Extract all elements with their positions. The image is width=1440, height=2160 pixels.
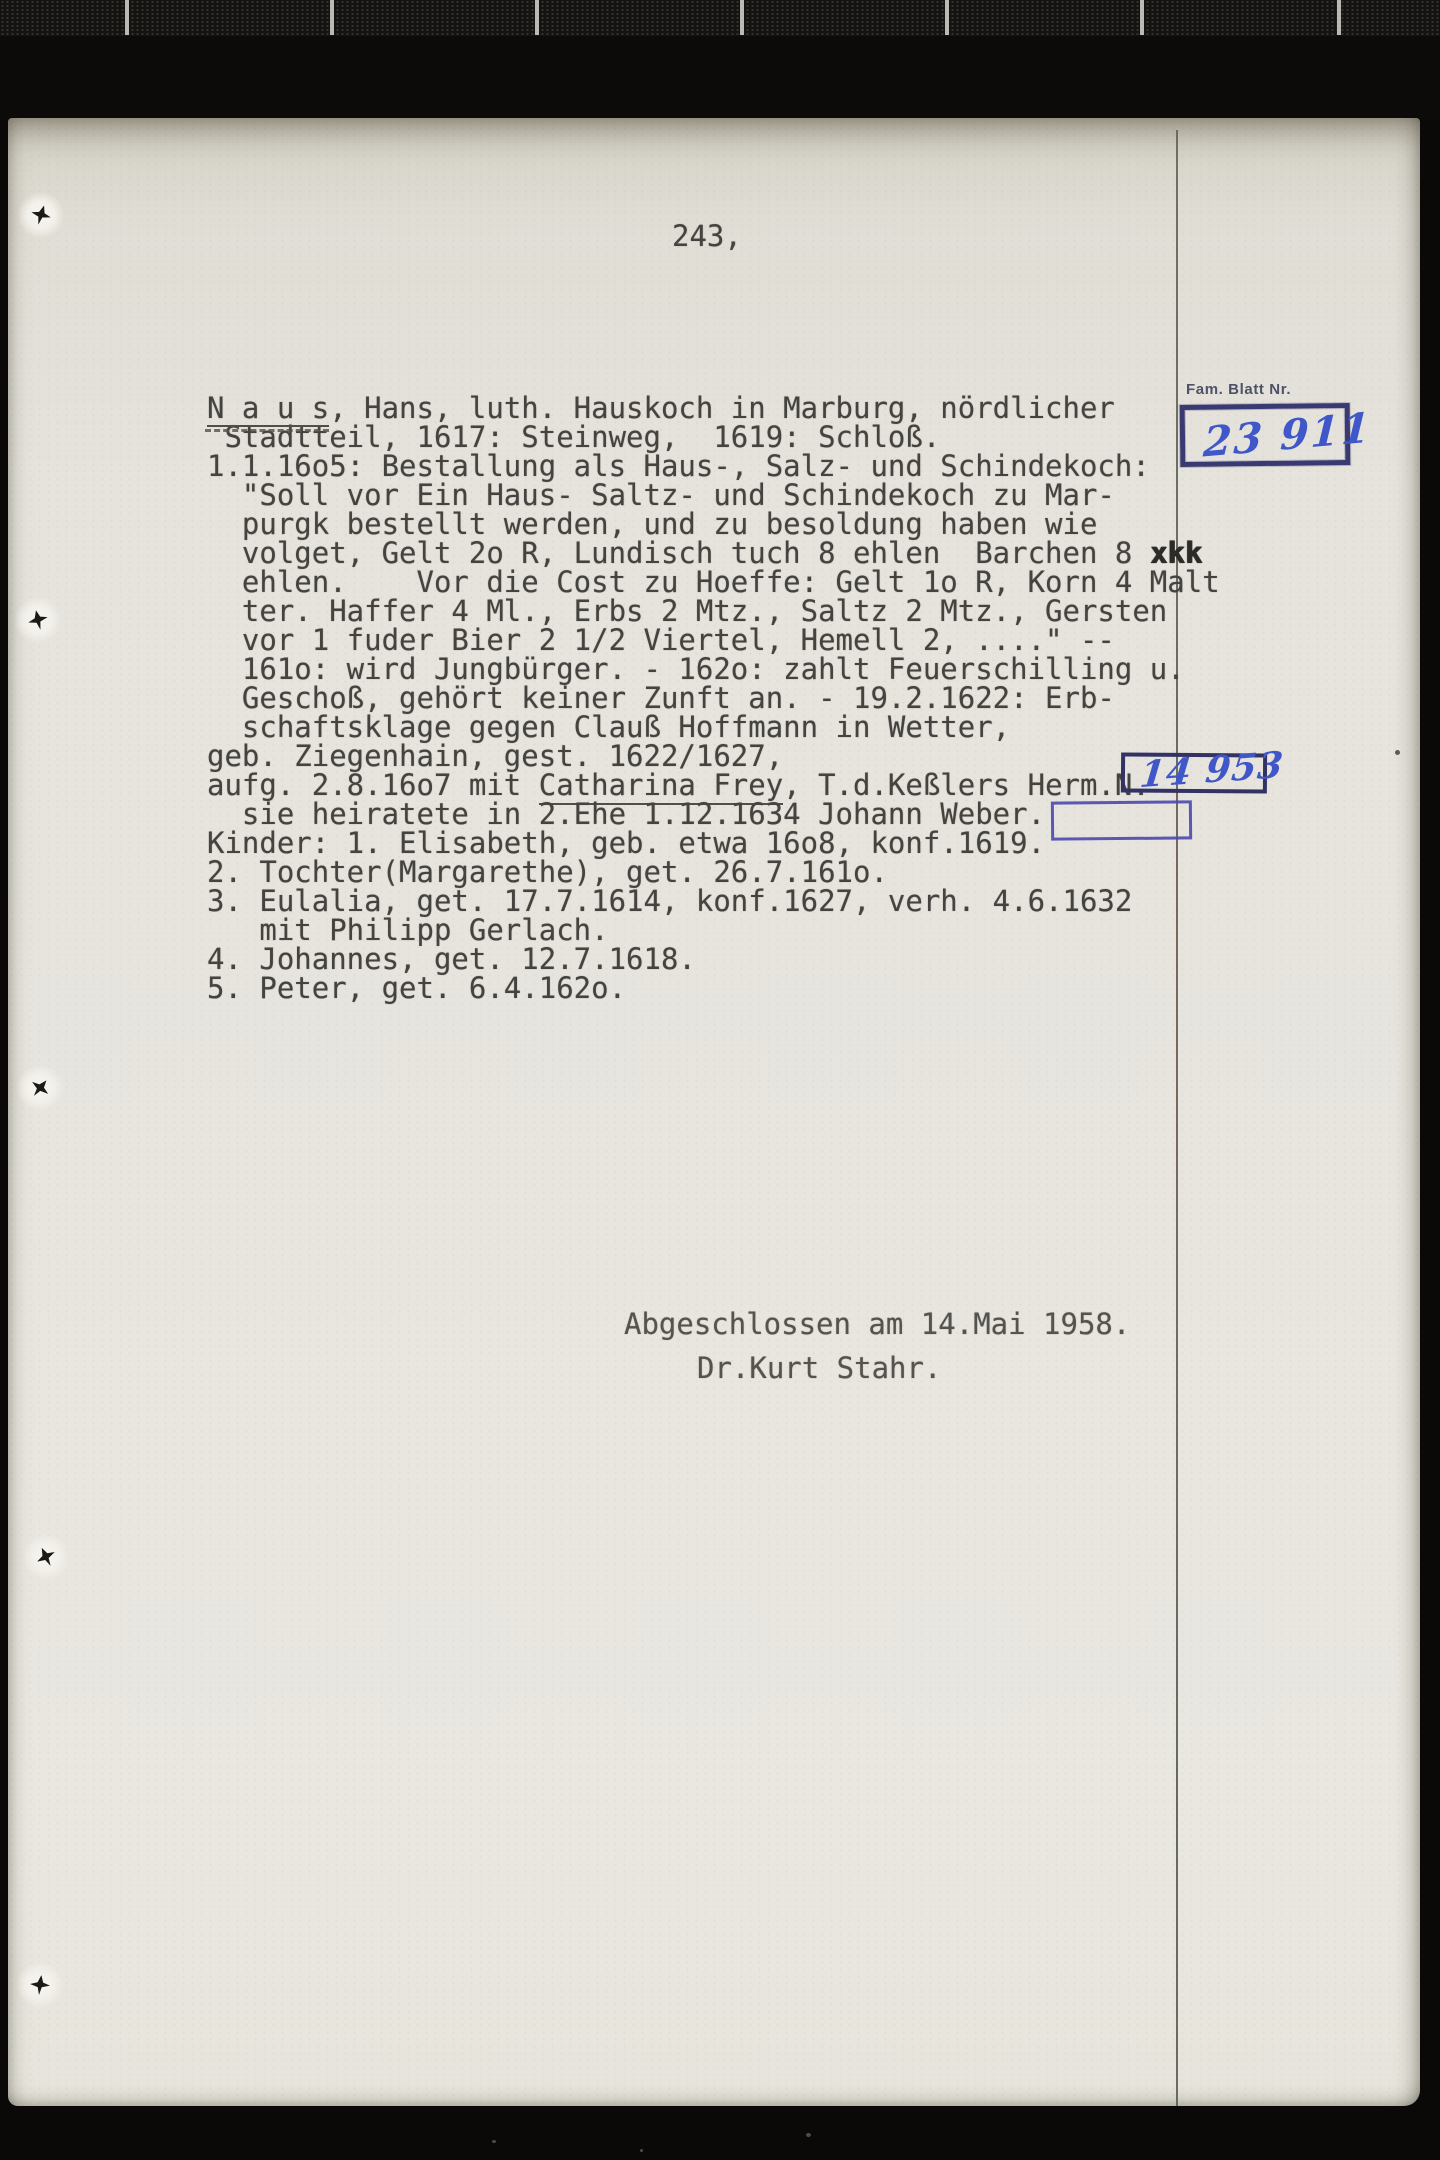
typed-line: 1.1.16o5: Bestallung als Haus-, Salz- un… (207, 452, 1220, 481)
microfilm-scan: 243, N a u s, Hans, luth. Hauskoch in Ma… (0, 0, 1440, 2160)
film-dust-speck (492, 2140, 496, 2143)
underlined-text: N a u s (207, 391, 329, 427)
film-frame-tick (945, 0, 949, 35)
typed-line: geb. Ziegenhain, gest. 1622/1627, (207, 742, 1220, 771)
typed-line: Geschoß, gehört keiner Zunft an. - 19.2.… (207, 684, 1220, 713)
film-dust-speck (640, 2149, 643, 2152)
typed-line: volget, Gelt 2o R, Lundisch tuch 8 ehlen… (207, 539, 1220, 568)
film-edge-strip (0, 0, 1440, 36)
author-signature-line: Dr.Kurt Stahr. (697, 1354, 941, 1383)
fam-blatt-nr-label: Fam. Blatt Nr. (1186, 381, 1291, 398)
film-frame-tick (535, 0, 539, 35)
typed-line: "Soll vor Ein Haus- Saltz- und Schindeko… (207, 481, 1220, 510)
punch-hole-mark (17, 1065, 63, 1111)
punch-hole-mark (18, 192, 64, 238)
typed-line: N a u s, Hans, luth. Hauskoch in Marburg… (207, 394, 1220, 423)
typed-line: 3. Eulalia, get. 17.7.1614, konf.1627, v… (207, 887, 1220, 916)
typed-line: purgk bestellt werden, und zu besoldung … (207, 510, 1220, 539)
punch-hole-mark (17, 1962, 63, 2008)
page-number: 243, (672, 222, 742, 251)
punch-hole-mark (15, 597, 61, 643)
film-frame-tick (740, 0, 744, 35)
film-frame-tick (1140, 0, 1144, 35)
typed-line: Stadtteil, 1617: Steinweg, 1619: Schloß. (207, 423, 1220, 452)
film-frame-tick (330, 0, 334, 35)
typed-text: 5. Peter, get. 6.4.162o. (207, 971, 626, 1005)
typed-line: mit Philipp Gerlach. (207, 916, 1220, 945)
film-dust-speck (806, 2133, 811, 2137)
typed-line: schaftsklage gegen Clauß Hoffmann in Wet… (207, 713, 1220, 742)
punch-hole-mark (23, 1534, 69, 1580)
typed-line: vor 1 fuder Bier 2 1/2 Viertel, Hemell 2… (207, 626, 1220, 655)
typed-line: ter. Haffer 4 Ml., Erbs 2 Mtz., Saltz 2 … (207, 597, 1220, 626)
typed-line: 5. Peter, get. 6.4.162o. (207, 974, 1220, 1003)
typed-line: ehlen. Vor die Cost zu Hoeffe: Gelt 1o R… (207, 568, 1220, 597)
ink-dot (1395, 750, 1400, 755)
typed-line: 4. Johannes, get. 12.7.1618. (207, 945, 1220, 974)
typed-line: aufg. 2.8.16o7 mit Catharina Frey, T.d.K… (207, 771, 1220, 800)
typed-line: 2. Tochter(Margarethe), get. 26.7.161o. (207, 858, 1220, 887)
film-frame-tick (1337, 0, 1341, 35)
closing-statement: Abgeschlossen am 14.Mai 1958. (624, 1310, 1130, 1339)
film-frame-tick (125, 0, 129, 35)
empty-stamp-box (1051, 800, 1192, 840)
film-dark-band (0, 36, 1440, 120)
typed-line: 161o: wird Jungbürger. - 162o: zahlt Feu… (207, 655, 1220, 684)
typed-text-block: N a u s, Hans, luth. Hauskoch in Marburg… (207, 394, 1220, 1003)
